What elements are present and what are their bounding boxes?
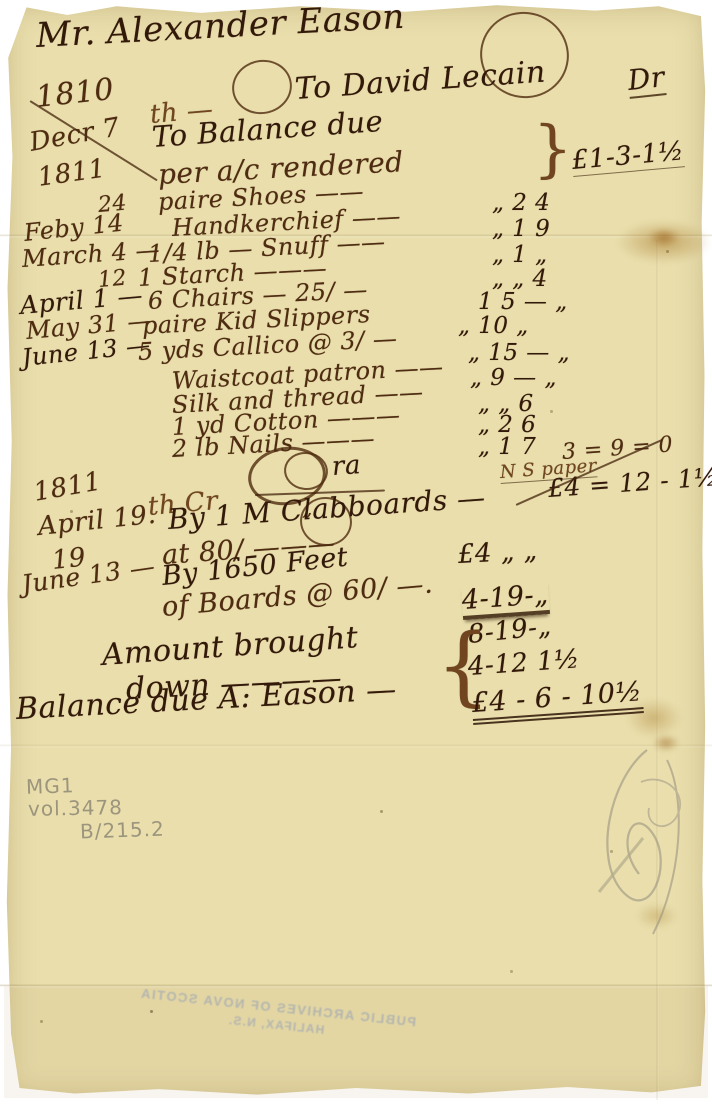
contra-label: ra: [331, 450, 362, 482]
entry-amount: „ 1 7: [478, 434, 536, 460]
archival-volume-number: vol.3478: [28, 795, 123, 821]
entry-amount: £4 „ „: [457, 536, 538, 570]
entry-amount: „ 1 „: [492, 242, 548, 268]
bottom-fold-flap: [4, 986, 708, 1098]
entry-amount: 1 5 — „: [478, 289, 568, 315]
fold-crease-vertical: [656, 240, 659, 1100]
archival-item-number: B/215.2: [80, 817, 166, 844]
entry-amount: „ 10 „: [458, 313, 529, 339]
entry-amount: „ 2 4: [492, 190, 550, 216]
ink-stain: [648, 228, 680, 246]
archival-fonds-number: MG1: [26, 773, 75, 799]
ink-brace: }: [533, 112, 573, 185]
entry-amount: „ 9 — „: [470, 365, 557, 391]
entry-amount: „ 1 9: [492, 216, 550, 242]
debit-side-label: Dr: [626, 60, 666, 99]
pencil-scribble: [585, 742, 703, 942]
entry-amount: „ 15 — „: [468, 340, 570, 366]
